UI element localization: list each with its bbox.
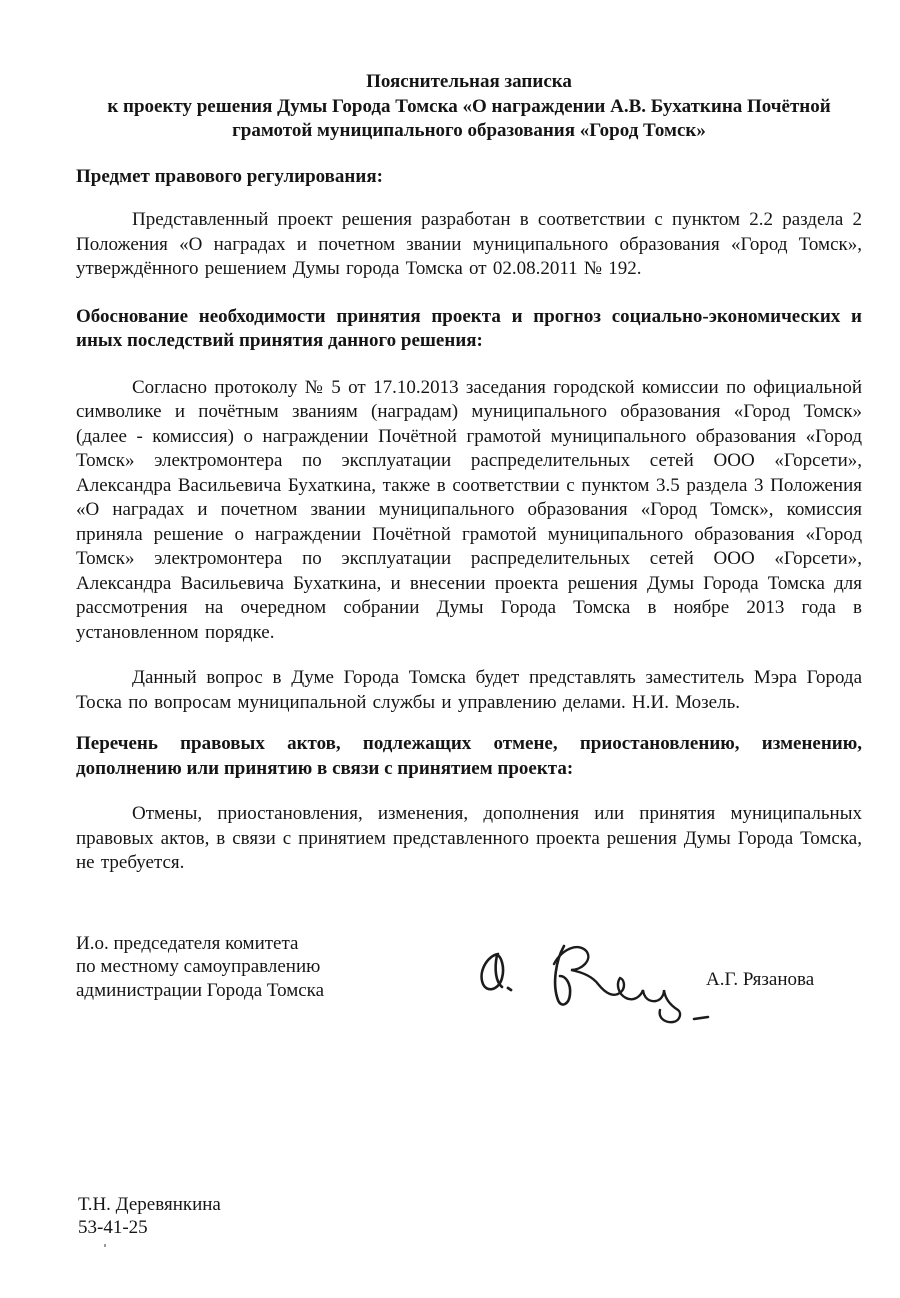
title-line-2: к проекту решения Думы Города Томска «О … — [76, 95, 862, 120]
document-page: Пояснительная записка к проекту решения … — [0, 0, 900, 1298]
paragraph-subject: Представленный проект решения разработан… — [76, 208, 862, 282]
document-content: Пояснительная записка к проекту решения … — [0, 0, 900, 1052]
executor-phone: 53-41-25 — [78, 1216, 221, 1239]
document-title: Пояснительная записка к проекту решения … — [76, 70, 862, 144]
heading-acts: Перечень правовых актов, подлежащих отме… — [76, 732, 862, 781]
paragraph-justification: Согласно протоколу № 5 от 17.10.2013 зас… — [76, 376, 862, 646]
paragraph-acts: Отмены, приостановления, изменения, допо… — [76, 802, 862, 876]
signature-block: И.о. председателя комитета по местному с… — [76, 932, 862, 1052]
heading-justification: Обоснование необходимости принятия проек… — [76, 305, 862, 354]
scan-artifact-dot — [104, 1244, 106, 1247]
executor-name: Т.Н. Деревянкина — [78, 1193, 221, 1216]
heading-subject: Предмет правового регулирования: — [76, 165, 862, 190]
executor-footer: Т.Н. Деревянкина 53-41-25 — [78, 1193, 221, 1239]
title-line-3: грамотой муниципального образования «Гор… — [76, 119, 862, 144]
title-line-1: Пояснительная записка — [76, 70, 862, 95]
handwritten-signature-icon — [468, 932, 718, 1037]
signatory-name: А.Г. Рязанова — [706, 968, 814, 993]
paragraph-presenter: Данный вопрос в Думе Города Томска будет… — [76, 666, 862, 715]
